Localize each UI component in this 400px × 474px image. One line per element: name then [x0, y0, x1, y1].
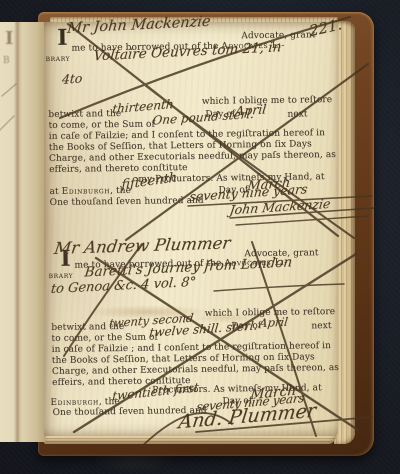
facing-page-text-fragment: I — [5, 28, 13, 49]
handwritten-borrower-name: Mr Andrew Plummer — [53, 233, 232, 258]
printed-next: next — [287, 109, 307, 120]
place-caps: Edinburgh — [62, 186, 111, 197]
printed-year-pre: One thouſand ſeven hundred and — [50, 196, 204, 209]
printed-next: next — [311, 321, 331, 332]
page-content: I Mr John Mackenzie Advocate, grant 221.… — [41, 20, 341, 438]
facing-page-text-fragment: B — [3, 56, 10, 66]
facing-page-edge: I B — [0, 22, 46, 442]
handwritten-book-format: 4to — [61, 70, 83, 86]
ledger-page: I Mr John Mackenzie Advocate, grant 221.… — [44, 22, 338, 436]
place-caps: Edinburgh — [50, 397, 99, 408]
at-pre: at — [49, 187, 61, 197]
photograph-of-ledger-book: I B I Mr John Mackenzie Advocate, grant … — [0, 0, 400, 474]
library-name-caps-tail: brary — [46, 54, 71, 65]
page-crease — [14, 22, 22, 442]
handwritten-return-month: April — [258, 315, 288, 330]
borrow-record-1: I Mr John Mackenzie Advocate, grant 221.… — [41, 20, 335, 24]
